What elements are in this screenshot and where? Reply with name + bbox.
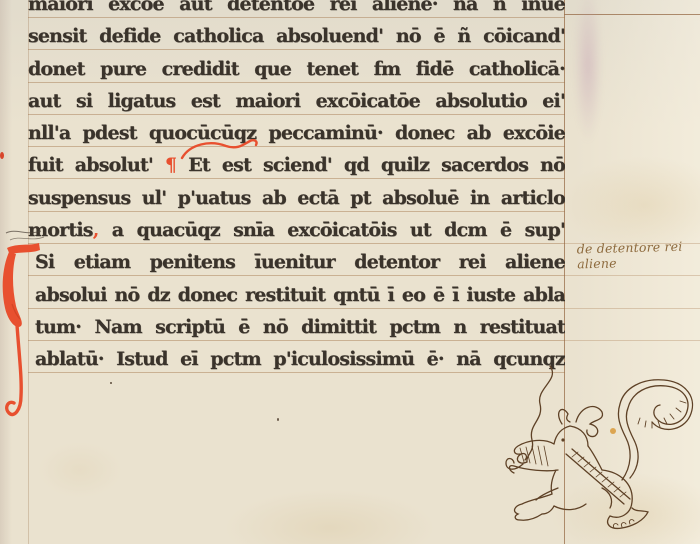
stain [110, 382, 112, 384]
paraph-mark: ¶ [165, 154, 176, 176]
manuscript-page: maiori excōe aut detentōe rei aliene· nā… [0, 0, 700, 544]
text-segment: maiori excōe aut detentōe rei aliene· nā… [28, 0, 565, 15]
text-line: mortis, a quacūqz snīa excōicatōis ut dc… [28, 214, 565, 246]
text-segment: tum· Nam scriptū ē nō dimittit pctm n re… [35, 316, 565, 338]
ruling-line [564, 275, 700, 276]
ruling-line [564, 340, 700, 341]
text-segment: donet pure credidit que tenet fm fidē ca… [28, 58, 565, 80]
stain [610, 428, 616, 434]
ruling-line [564, 308, 700, 309]
text-line: tum· Nam scriptū ē nō dimittit pctm n re… [28, 311, 565, 343]
text-line: sensit defide catholica absoluend' nō ē … [28, 20, 565, 52]
margin-note-line: de detentore rei [577, 240, 687, 257]
text-line: suspensus ul' p'uatus ab ectā pt absoluē… [28, 182, 565, 214]
text-segment: absolui nō dz donec restituit qntū ī eo … [35, 284, 565, 306]
text-segment: aut si ligatus est maiori excōicatōe abs… [28, 90, 565, 112]
stain [0, 152, 4, 159]
margin-note-line: aliene [577, 254, 687, 271]
text-segment: nll'a pdest quocūcūqz peccaminū· donec a… [28, 122, 565, 144]
text-block: maiori excōe aut detentōe rei aliene· nā… [28, 0, 565, 376]
text-line: absolui nō dz donec restituit qntū ī eo … [28, 279, 565, 311]
text-line: ablatū· Istud eī pctm p'iculosissimū ē· … [28, 343, 565, 375]
text-segment: sensit defide catholica absoluend' nō ē … [28, 25, 565, 47]
text-segment: Si etiam penitens īuenitur detentor rei … [35, 251, 565, 273]
red-initial-flourish [0, 226, 52, 436]
text-segment: fuit absolut' [28, 154, 165, 176]
text-line: maiori excōe aut detentōe rei aliene· nā… [28, 0, 565, 20]
text-line: Si etiam penitens īuenitur detentor rei … [28, 246, 565, 278]
text-line: aut si ligatus est maiori excōicatōe abs… [28, 85, 565, 117]
margin-note: de detentore rei aliene [577, 240, 688, 272]
text-line: fuit absolut' ¶ Et est sciend' qd quilz … [28, 149, 565, 181]
text-segment: ablatū· Istud eī pctm p'iculosissimū ē· … [35, 348, 565, 370]
text-segment: a quacūqz snīa excōicatōis ut dcm ē sup' [99, 219, 565, 241]
stain [277, 418, 279, 421]
stain [574, 0, 602, 143]
dragon-drawing [490, 358, 700, 544]
text-line: donet pure credidit que tenet fm fidē ca… [28, 53, 565, 85]
paraph-swash [178, 136, 273, 162]
text-line: nll'a pdest quocūcūqz peccaminū· donec a… [28, 117, 565, 149]
text-segment: suspensus ul' p'uatus ab ectā pt absoluē… [28, 187, 565, 209]
